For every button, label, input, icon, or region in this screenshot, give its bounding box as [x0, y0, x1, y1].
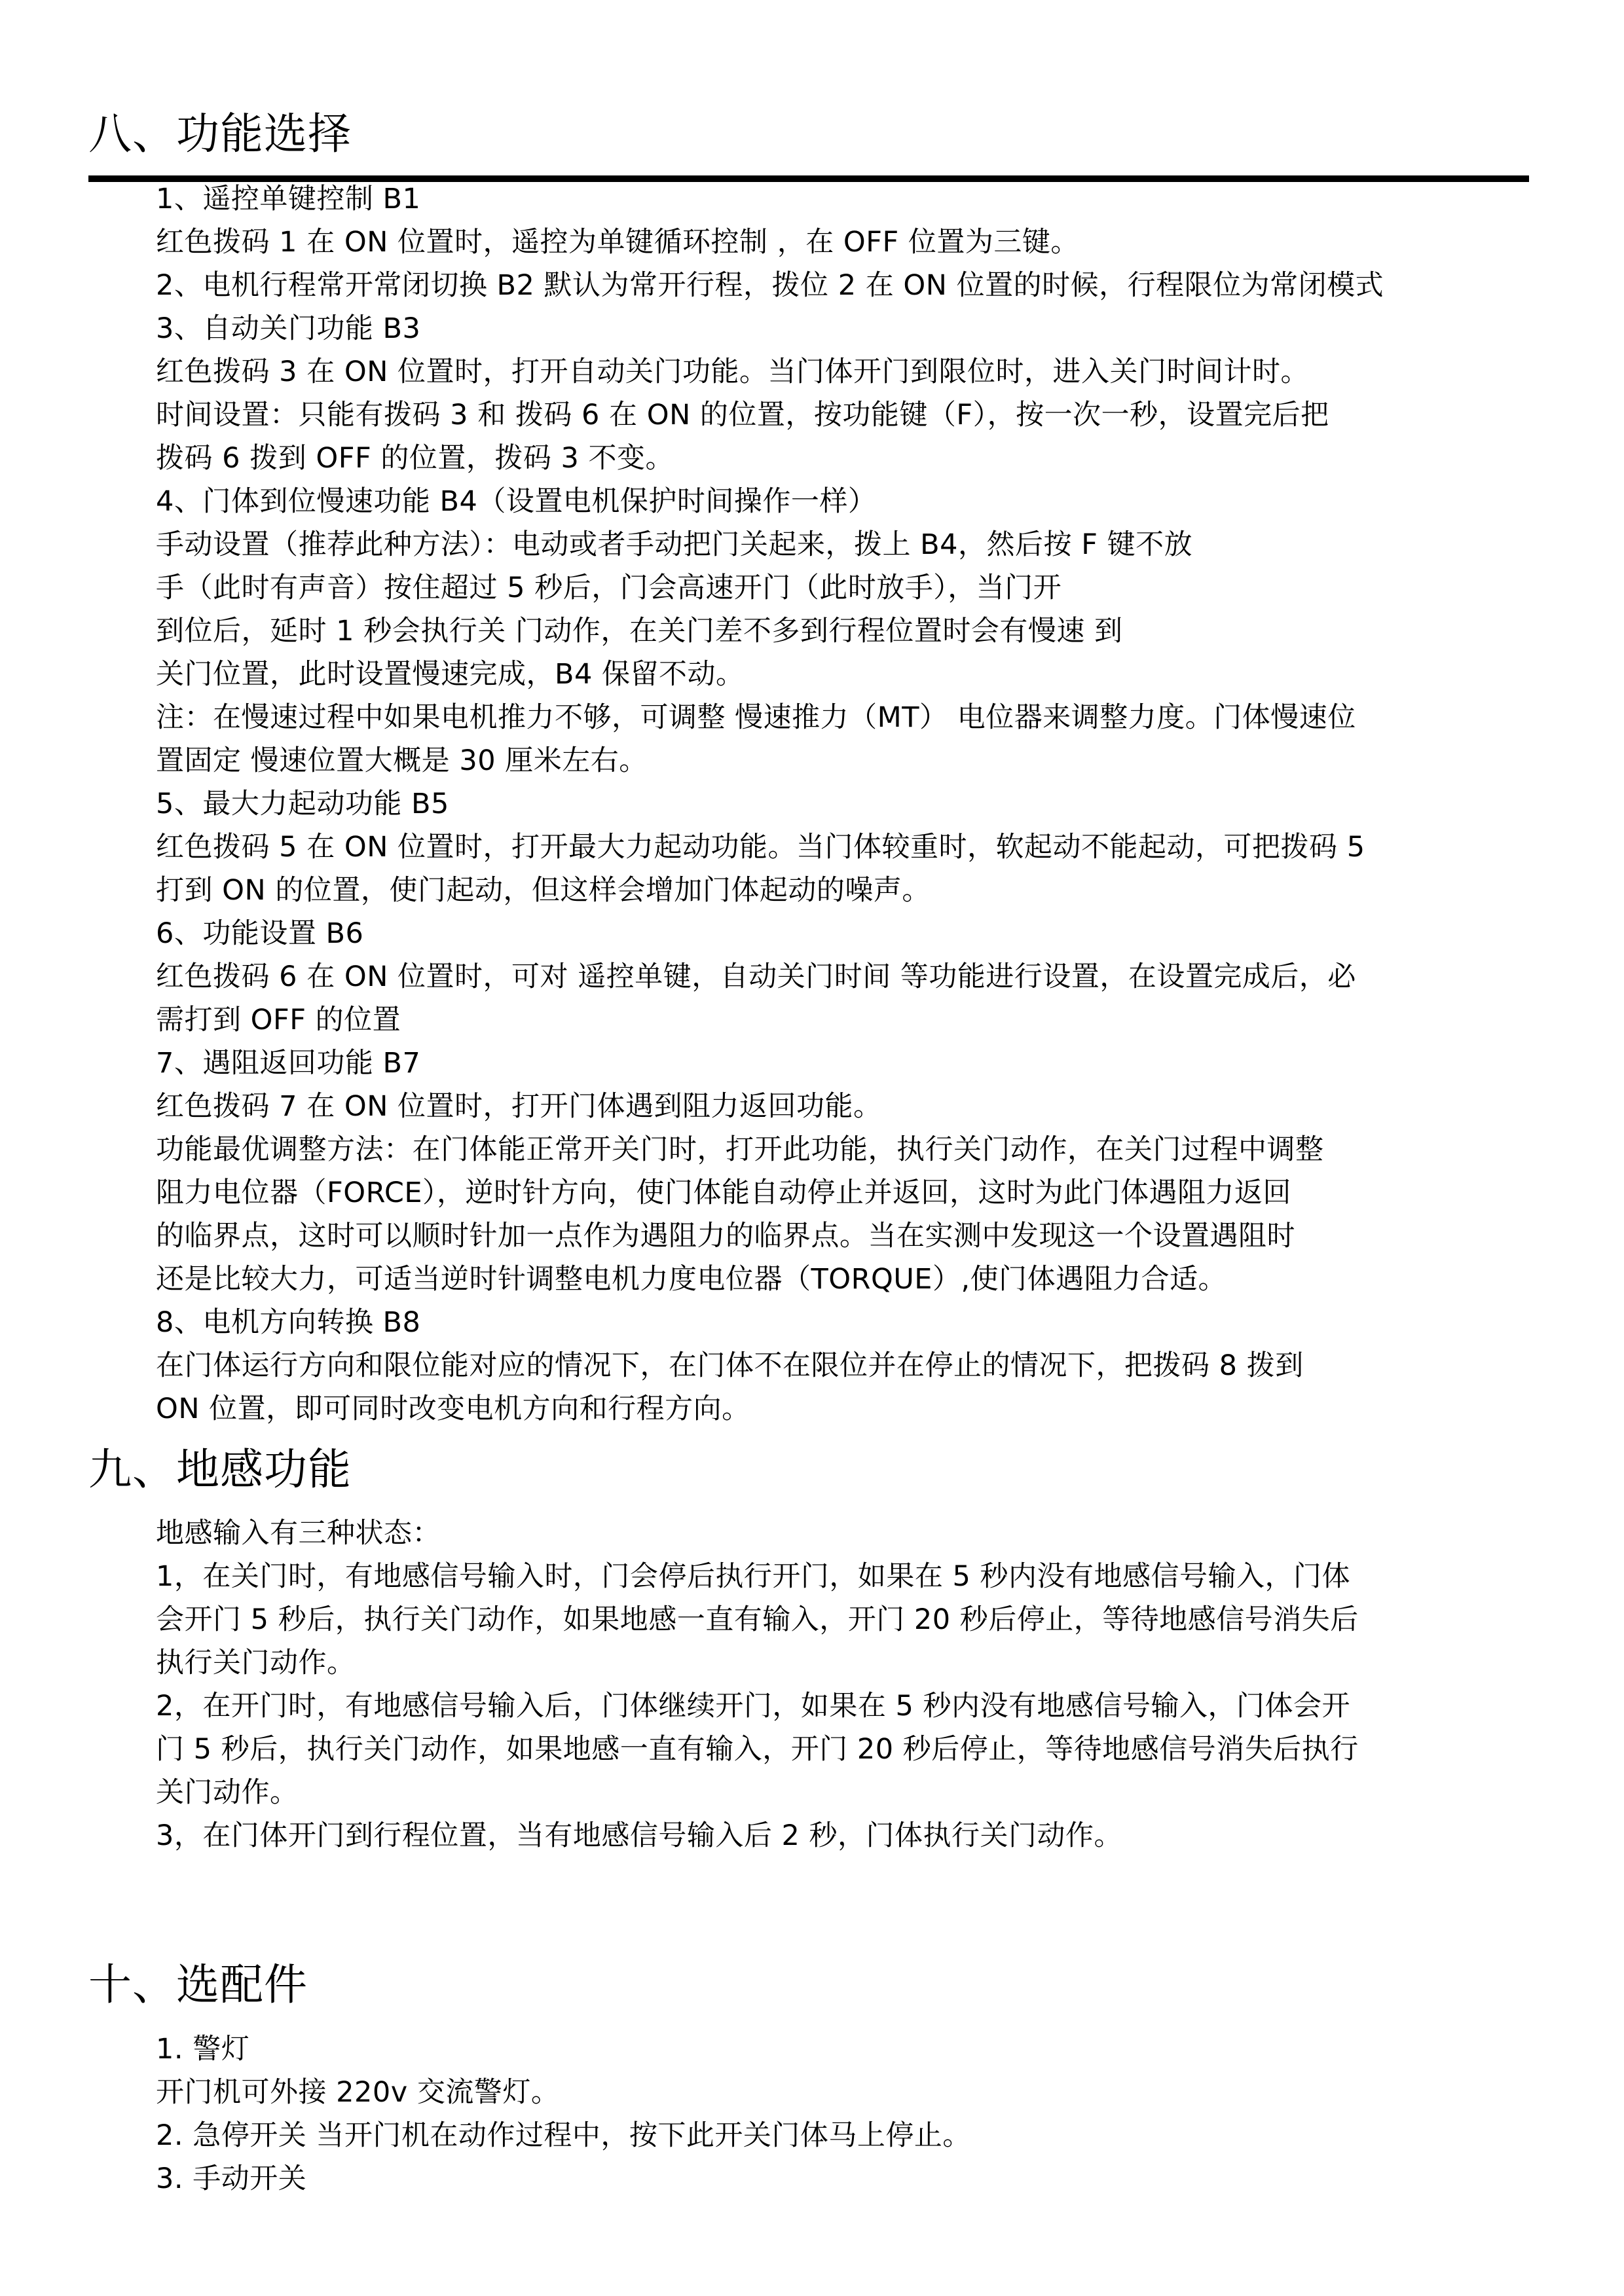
- item-title-b1: 1、遥控单键控制 B1: [156, 181, 420, 217]
- paragraph-line: 关门动作。: [156, 1774, 299, 1811]
- paragraph-line: 红色拨码 3 在 ON 位置时，打开自动关门功能。当门体开门到限位时，进入关门时…: [156, 354, 1309, 390]
- item-title-b3: 3、自动关门功能 B3: [156, 310, 420, 347]
- accessory-item: 2. 急停开关 当开门机在动作过程中，按下此开关门体马上停止。: [156, 2117, 971, 2154]
- paragraph-line: 执行关门动作。: [156, 1645, 356, 1681]
- section-heading-ground-sensor: 九、地感功能: [88, 1444, 352, 1496]
- section-heading-optional-accessories: 十、选配件: [88, 1959, 308, 2011]
- paragraph-line: 2，在开门时，有地感信号输入后，门体继续开门，如果在 5 秒内没有地感信号输入，…: [156, 1688, 1350, 1724]
- item-title-b4: 4、门体到位慢速功能 B4（设置电机保护时间操作一样）: [156, 483, 876, 520]
- accessory-item: 3. 手动开关: [156, 2160, 306, 2197]
- paragraph-line: 拨码 6 拨到 OFF 的位置，拨码 3 不变。: [156, 440, 674, 477]
- paragraph-line: 到位后，延时 1 秒会执行关 门动作，在关门差不多到行程位置时会有慢速 到: [156, 613, 1123, 649]
- section-heading-function-selection: 八、功能选择: [88, 108, 352, 160]
- paragraph-line: 需打到 OFF 的位置: [156, 1002, 401, 1038]
- paragraph-line: 手（此时有声音）按住超过 5 秒后，门会高速开门（此时放手），当门开: [156, 570, 1061, 606]
- paragraph-line: 地感输入有三种状态：: [156, 1515, 441, 1552]
- paragraph-line: 1，在关门时，有地感信号输入时，门会停后执行开门，如果在 5 秒内没有地感信号输…: [156, 1558, 1350, 1595]
- item-title-b2: 2、电机行程常开常闭切换 B2 默认为常开行程，拨位 2 在 ON 位置的时候，…: [156, 267, 1384, 304]
- paragraph-line: 功能最优调整方法：在门体能正常开关门时，打开此功能，执行关门动作，在关门过程中调…: [156, 1131, 1324, 1168]
- paragraph-line: 阻力电位器（FORCE），逆时针方向，使门体能自动停止并返回，这时为此门体遇阻力…: [156, 1175, 1291, 1211]
- document-page: 八、功能选择 1、遥控单键控制 B1 红色拨码 1 在 ON 位置时，遥控为单键…: [0, 0, 1624, 2296]
- paragraph-line: 开门机可外接 220v 交流警灯。: [156, 2074, 559, 2111]
- accessory-item: 1. 警灯: [156, 2031, 249, 2068]
- paragraph-line: 还是比较大力，可适当逆时针调整电机力度电位器（TORQUE）,使门体遇阻力合适。: [156, 1261, 1227, 1298]
- paragraph-line: 红色拨码 7 在 ON 位置时，打开门体遇到阻力返回功能。: [156, 1088, 882, 1125]
- note-line: 注：在慢速过程中如果电机推力不够，可调整 慢速推力（MT） 电位器来调整力度。门…: [156, 699, 1356, 736]
- paragraph-line: 红色拨码 6 在 ON 位置时，可对 遥控单键，自动关门时间 等功能进行设置，在…: [156, 958, 1356, 995]
- paragraph-line: 打到 ON 的位置，使门起动，但这样会增加门体起动的噪声。: [156, 872, 931, 909]
- paragraph-line: 的临界点，这时可以顺时针加一点作为遇阻力的临界点。当在实测中发现这一个设置遇阻时: [156, 1218, 1295, 1254]
- paragraph-line: 会开门 5 秒后，执行关门动作，如果地感一直有输入，开门 20 秒后停止，等待地…: [156, 1601, 1359, 1638]
- paragraph-line: 在门体运行方向和限位能对应的情况下，在门体不在限位并在停止的情况下，把拨码 8 …: [156, 1347, 1304, 1384]
- paragraph-line: 红色拨码 1 在 ON 位置时，遥控为单键循环控制 ，在 OFF 位置为三键。: [156, 224, 1079, 261]
- item-title-b5: 5、最大力起动功能 B5: [156, 786, 449, 822]
- note-line: 置固定 慢速位置大概是 30 厘米左右。: [156, 742, 648, 779]
- paragraph-line: 红色拨码 5 在 ON 位置时，打开最大力起动功能。当门体较重时，软起动不能起动…: [156, 829, 1365, 866]
- paragraph-line: 3，在门体开门到行程位置，当有地感信号输入后 2 秒，门体执行关门动作。: [156, 1817, 1122, 1854]
- paragraph-line: 关门位置，此时设置慢速完成，B4 保留不动。: [156, 656, 745, 693]
- paragraph-line: 手动设置（推荐此种方法）：电动或者手动把门关起来，拨上 B4，然后按 F 键不放: [156, 526, 1192, 563]
- paragraph-line: 门 5 秒后，执行关门动作，如果地感一直有输入，开门 20 秒后停止，等待地感信…: [156, 1731, 1359, 1768]
- item-title-b6: 6、功能设置 B6: [156, 915, 363, 952]
- item-title-b7: 7、遇阻返回功能 B7: [156, 1045, 420, 1082]
- paragraph-line: 时间设置：只能有拨码 3 和 拨码 6 在 ON 的位置，按功能键（F），按一次…: [156, 397, 1329, 433]
- paragraph-line: ON 位置，即可同时改变电机方向和行程方向。: [156, 1391, 750, 1427]
- item-title-b8: 8、电机方向转换 B8: [156, 1304, 420, 1341]
